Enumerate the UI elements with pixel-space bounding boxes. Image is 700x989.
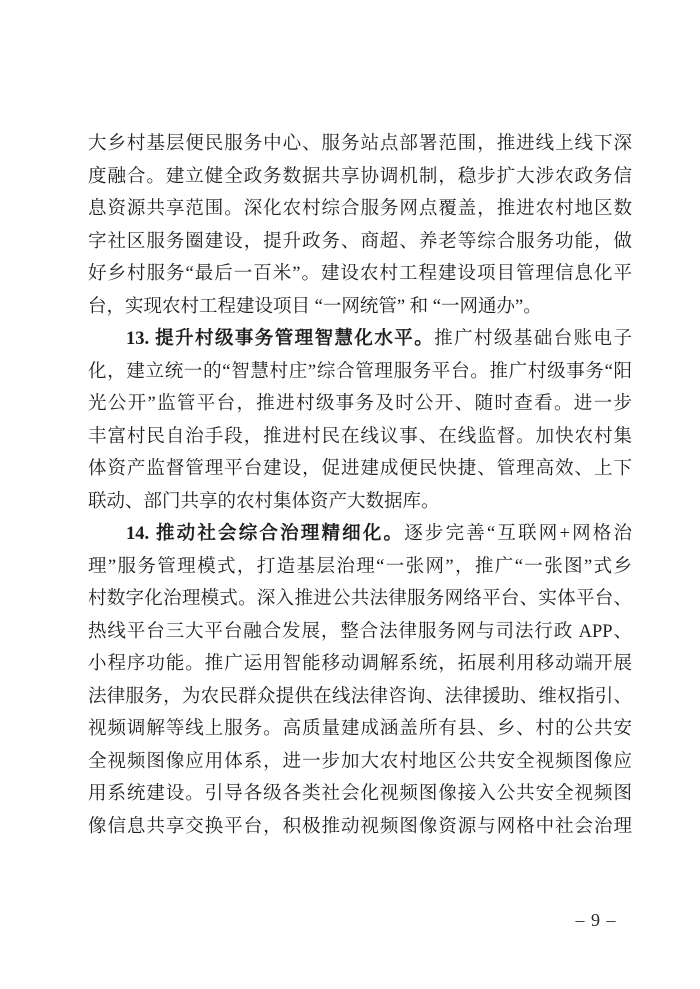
page-number: – 9 – bbox=[553, 908, 639, 932]
text-line-paragraph-end: 台，实现农村工程建设项目 “一网统管” 和 “一网通办”。 bbox=[88, 291, 632, 324]
text-line: 光公开”监管平台，推进村级事务及时公开、随时查看。进一步 bbox=[88, 388, 632, 421]
text-line: 丰富村民自治手段，推进村民在线议事、在线监督。加快农村集 bbox=[88, 421, 632, 454]
text-line: 全视频图像应用体系，进一步加大农村地区公共安全视频图像应 bbox=[88, 746, 632, 779]
text-line: 化，建立统一的“智慧村庄”综合管理服务平台。推广村级事务“阳 bbox=[88, 356, 632, 389]
text-line: 理”服务管理模式，打造基层治理“一张网”，推广“一张图”式乡 bbox=[88, 551, 632, 584]
text-line-item-14: 14. 推动社会综合治理精细化。逐步完善“互联网+网格治 bbox=[88, 518, 632, 551]
text-line-item-13: 13. 提升村级事务管理智慧化水平。推广村级基础台账电子 bbox=[88, 323, 632, 356]
text-line: 法律服务，为农民群众提供在线法律咨询、法律援助、维权指引、 bbox=[88, 681, 632, 714]
item-13-body-start: 推广村级基础台账电子 bbox=[434, 329, 632, 349]
text-line: 大乡村基层便民服务中心、服务站点部署范围，推进线上线下深 bbox=[88, 128, 632, 161]
text-line: 息资源共享范围。深化农村综合服务网点覆盖，推进农村地区数 bbox=[88, 193, 632, 226]
text-line: 好乡村服务“最后一百米”。建设农村工程建设项目管理信息化平 bbox=[88, 258, 632, 291]
text-line: 像信息共享交换平台，积极推动视频图像资源与网格中社会治理 bbox=[88, 811, 632, 844]
text-line-paragraph-end: 联动、部门共享的农村集体资产大数据库。 bbox=[88, 486, 632, 519]
text-line: 热线平台三大平台融合发展，整合法律服务网与司法行政 APP、 bbox=[88, 616, 632, 649]
document-page: 大乡村基层便民服务中心、服务站点部署范围，推进线上线下深 度融合。建立健全政务数… bbox=[0, 0, 700, 989]
item-13-heading: 13. 提升村级事务管理智慧化水平。 bbox=[126, 329, 434, 349]
document-text-block: 大乡村基层便民服务中心、服务站点部署范围，推进线上线下深 度融合。建立健全政务数… bbox=[88, 128, 632, 843]
item-14-heading: 14. 推动社会综合治理精细化。 bbox=[126, 524, 404, 544]
text-line: 度融合。建立健全政务数据共享协调机制，稳步扩大涉农政务信 bbox=[88, 161, 632, 194]
item-14-body-start: 逐步完善“互联网+网格治 bbox=[404, 524, 632, 544]
text-line: 视频调解等线上服务。高质量建成涵盖所有县、乡、村的公共安 bbox=[88, 713, 632, 746]
text-line: 体资产监督管理平台建设，促进建成便民快捷、管理高效、上下 bbox=[88, 453, 632, 486]
text-line: 小程序功能。推广运用智能移动调解系统，拓展利用移动端开展 bbox=[88, 648, 632, 681]
text-line: 村数字化治理模式。深入推进公共法律服务网络平台、实体平台、 bbox=[88, 583, 632, 616]
text-line: 字社区服务圈建设，提升政务、商超、养老等综合服务功能，做 bbox=[88, 226, 632, 259]
text-line: 用系统建设。引导各级各类社会化视频图像接入公共安全视频图 bbox=[88, 778, 632, 811]
